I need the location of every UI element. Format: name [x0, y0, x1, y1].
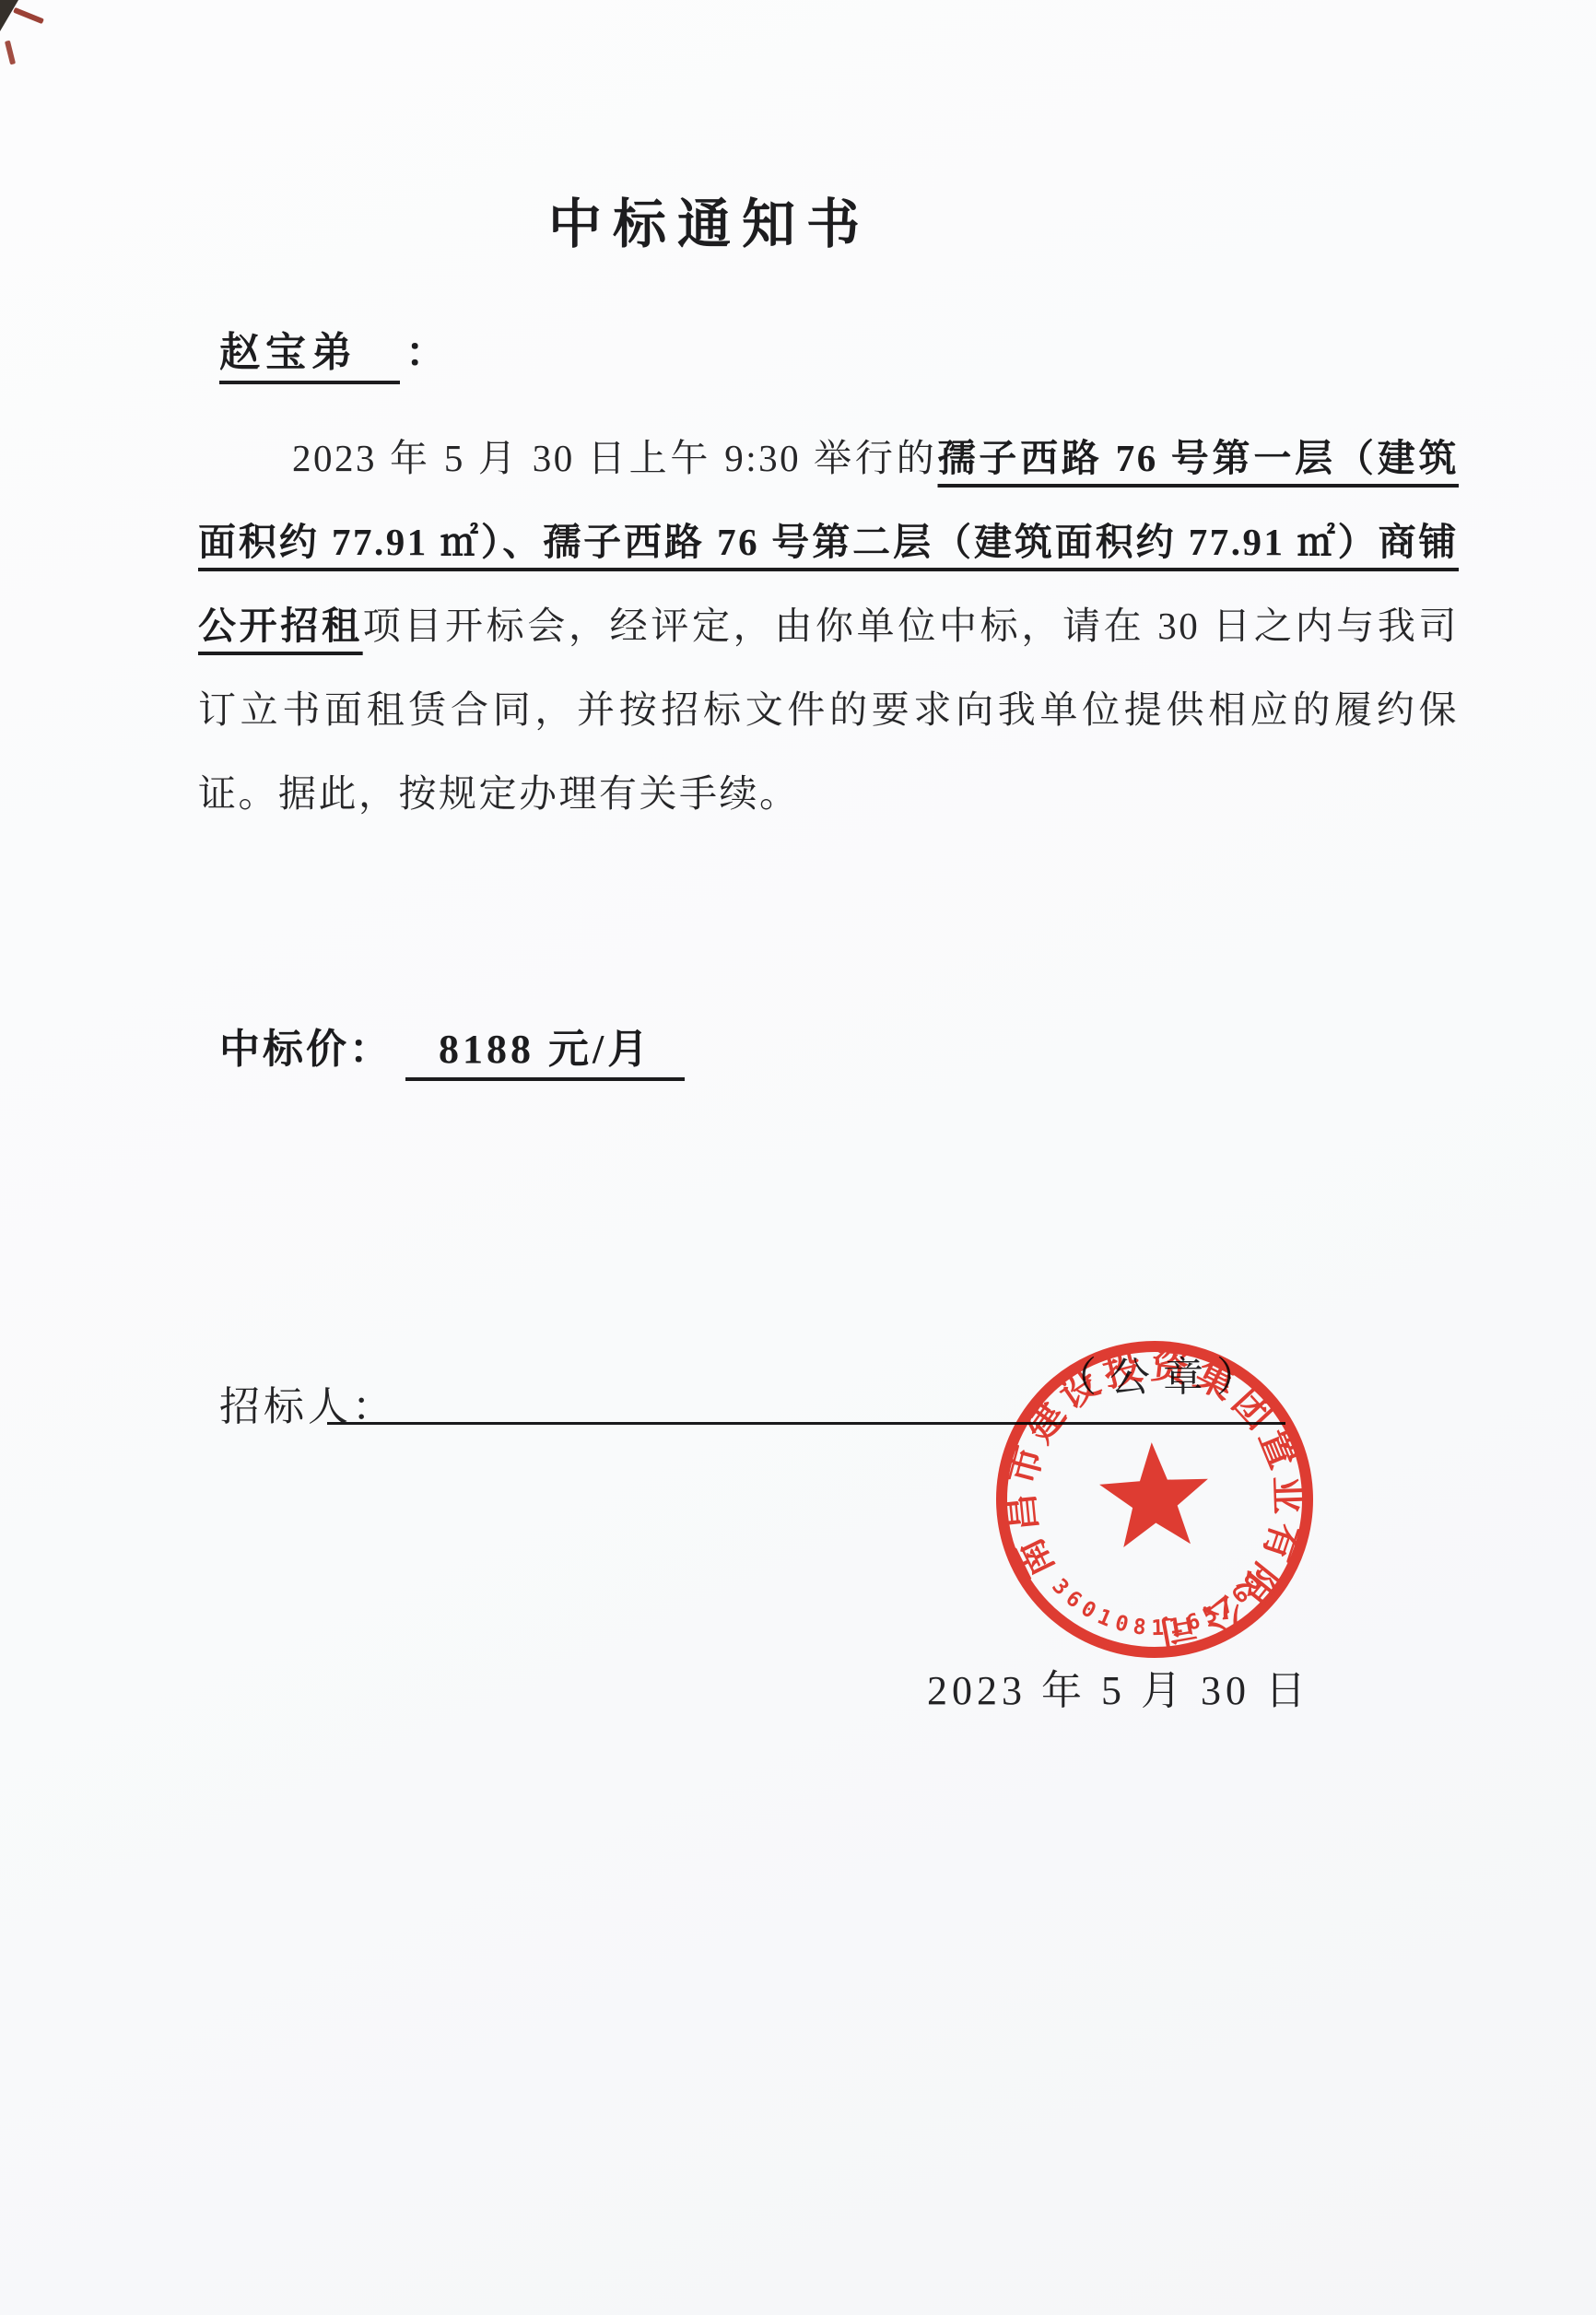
- addressee-colon: ：: [405, 330, 446, 375]
- addressee-name: 赵宝弟: [219, 330, 400, 384]
- star-icon: [1097, 1440, 1212, 1548]
- body-paragraph: 2023 年 5 月 30 日上午 9:30 举行的孺子西路 76 号第一层（建…: [198, 417, 1459, 836]
- body-lead-text: 2023 年 5 月 30 日上午 9:30 举行的: [292, 437, 938, 479]
- award-price-label: 中标价：: [219, 1027, 393, 1072]
- company-seal-stamp: 南昌市建设投资集团置业有限公司 3601081165760: [969, 1314, 1339, 1684]
- body-rest-text: 项目开标会，经评定，由你单位中标，请在 30 日之内与我司订立书面租赁合同，并按…: [198, 605, 1459, 815]
- document-date: 2023 年 5 月 30 日: [927, 1657, 1310, 1716]
- scan-edge-mark: [5, 41, 16, 65]
- award-price-value: 8188 元/月: [405, 1027, 685, 1081]
- scan-corner-artifact: [0, 0, 18, 31]
- award-price-line: 中标价： 8188 元/月: [219, 1016, 685, 1075]
- addressee-line: 赵宝弟：: [219, 319, 446, 378]
- document-title: 中标通知书: [157, 181, 1262, 258]
- scanned-document-page: 中标通知书 赵宝弟： 2023 年 5 月 30 日上午 9:30 举行的孺子西…: [0, 0, 1596, 2315]
